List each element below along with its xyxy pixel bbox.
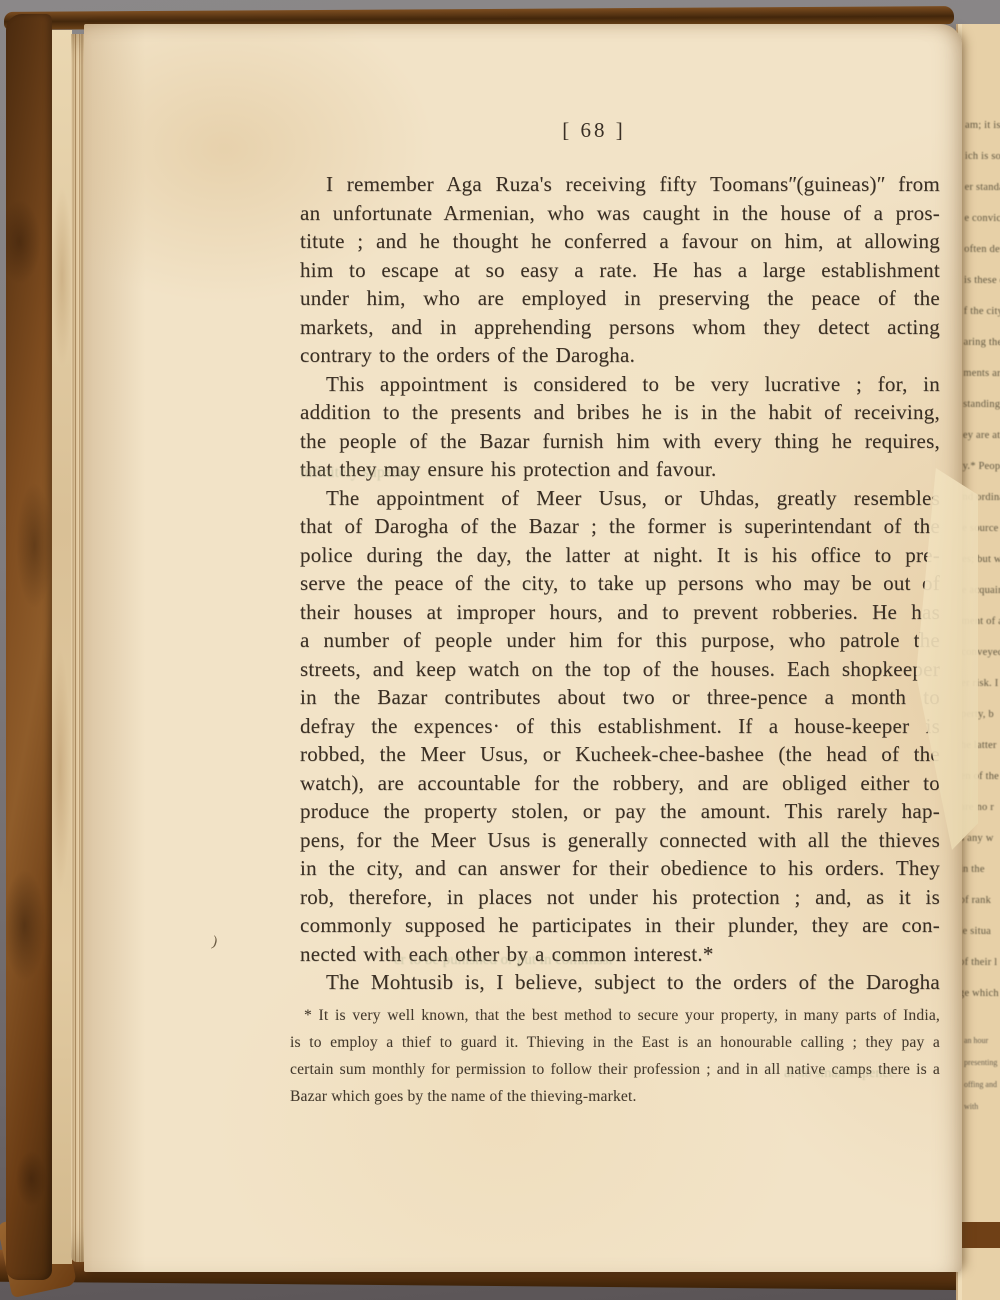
text-fragment: am; it is bbox=[965, 110, 1000, 141]
text-fragment: le situa bbox=[959, 916, 1000, 947]
bleedthrough-text: at no small expence. bbox=[784, 1066, 898, 1082]
text-line: police during the day, the latter at nig… bbox=[300, 541, 940, 570]
text-fragment: presenting bbox=[964, 1052, 1000, 1074]
text-fragment: standing t bbox=[963, 389, 1000, 420]
text-line: The Mohtusib is, I believe, subject to t… bbox=[300, 968, 940, 997]
text-line: streets, and keep watch on the top of th… bbox=[300, 655, 940, 684]
text-line: markets, and in apprehending persons who… bbox=[300, 313, 940, 342]
text-line: their houses at improper hours, and to p… bbox=[300, 598, 940, 627]
text-line: defray the expences· of this establishme… bbox=[300, 712, 940, 741]
text-line: rob, therefore, in places not under his … bbox=[300, 883, 940, 912]
text-fragment: an hour bbox=[964, 1030, 1000, 1052]
next-page-bottom-band bbox=[956, 1222, 1000, 1248]
text-line: the people of the Bazar furnish him with… bbox=[300, 427, 940, 456]
text-line: robbed, the Meer Usus, or Kucheek-chee-b… bbox=[300, 740, 940, 769]
text-fragment: y.* People bbox=[963, 451, 1000, 482]
text-line: in the Bazar contributes about two or th… bbox=[300, 683, 940, 712]
footnote: * It is very well known, that the best m… bbox=[290, 1002, 940, 1110]
text-fragment: of rank bbox=[960, 885, 1000, 916]
text-fragment: aring the bbox=[963, 327, 1000, 358]
text-line: a number of people under him for this pu… bbox=[300, 626, 940, 655]
book-spine-leather bbox=[6, 14, 52, 1280]
text-line: serve the peace of the city, to take up … bbox=[300, 569, 940, 598]
book-page: [ 68 ] I remember Aga Ruza's receiving f… bbox=[84, 24, 962, 1272]
text-fragment: ments are bbox=[963, 358, 1000, 389]
text-line: I remember Aga Ruza's receiving fifty To… bbox=[300, 170, 940, 199]
bleedthrough-text: er to be punished or put in commissi bbox=[394, 952, 613, 969]
text-line: addition to the presents and bribes he i… bbox=[300, 398, 940, 427]
footnote-line: Bazar which goes by the name of the thie… bbox=[290, 1083, 940, 1110]
text-line: watch), are accountable for the robbery,… bbox=[300, 769, 940, 798]
text-fragment: with bbox=[964, 1096, 1000, 1118]
text-line: produce the property stolen, or pay the … bbox=[300, 797, 940, 826]
text-line: This appointment is considered to be ver… bbox=[300, 370, 940, 399]
text-line: titute ; and he thought he conferred a f… bbox=[300, 227, 940, 256]
text-fragment: e convicts bbox=[964, 203, 1000, 234]
text-line: that of Darogha of the Bazar ; the forme… bbox=[300, 512, 940, 541]
text-fragment: ge which bbox=[959, 978, 1000, 1009]
text-fragment: in the bbox=[960, 854, 1000, 885]
body-text: I remember Aga Ruza's receiving fifty To… bbox=[300, 170, 940, 997]
paragraph: I remember Aga Ruza's receiving fifty To… bbox=[300, 170, 940, 370]
text-line: contrary to the orders of the Darogha. bbox=[300, 341, 940, 370]
text-fragment: er standard bbox=[964, 172, 1000, 203]
next-page-footnote-fragments: an hourpresentingoffing andwith bbox=[964, 1030, 1000, 1118]
text-fragment: is these of bbox=[964, 265, 1000, 296]
text-fragment: of their l bbox=[959, 947, 1000, 978]
text-line: in the city, and can answer for their ob… bbox=[300, 854, 940, 883]
footnote-line: is to employ a thief to guard it. Thievi… bbox=[290, 1029, 940, 1056]
text-fragment: offing and bbox=[964, 1074, 1000, 1096]
footnote-line: * It is very well known, that the best m… bbox=[290, 1002, 940, 1029]
text-line: under him, who are employed in preservin… bbox=[300, 284, 940, 313]
paragraph: The Mohtusib is, I believe, subject to t… bbox=[300, 968, 940, 997]
text-line: him to escape at so easy a rate. He has … bbox=[300, 256, 940, 285]
paragraph: The appointment of Meer Usus, or Uhdas, … bbox=[300, 484, 940, 969]
book-hinge bbox=[52, 30, 72, 1264]
text-fragment: ey are at l bbox=[963, 420, 1000, 451]
text-line: commonly supposed he participates in the… bbox=[300, 911, 940, 940]
text-line: The appointment of Meer Usus, or Uhdas, … bbox=[300, 484, 940, 513]
page-number: [ 68 ] bbox=[274, 118, 914, 143]
text-fragment: ich is sold bbox=[965, 141, 1000, 172]
margin-pen-mark: ) bbox=[210, 934, 219, 952]
text-line: an unfortunate Armenian, who was caught … bbox=[300, 199, 940, 228]
text-line: pens, for the Meer Usus is generally con… bbox=[300, 826, 940, 855]
text-fragment: often detail bbox=[964, 234, 1000, 265]
text-fragment: f the city, bbox=[964, 296, 1000, 327]
bleedthrough-text: infinitely superior bbox=[300, 464, 415, 482]
